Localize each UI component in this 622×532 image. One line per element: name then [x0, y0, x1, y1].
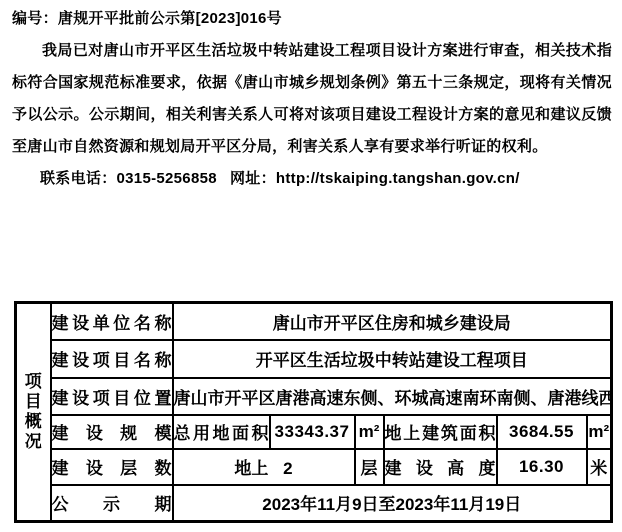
project-overview-table: 项目概况 建设单位名称 唐山市开平区住房和城乡建设局 建设项目名称 开平区生活垃…	[14, 301, 613, 523]
scale-label: 建设规模	[51, 415, 173, 449]
contact-phone-number: 0315-5256858	[117, 170, 217, 187]
floors-unit: 层	[355, 449, 384, 485]
above-ground-area-unit: m²	[587, 415, 612, 449]
notice-paragraph-line: 予以公示。公示期间，相关利害关系人可将对该项目建设工程设计方案的意见和建议反馈	[12, 99, 612, 131]
notice-ref-number: 编号：唐规开平批前公示第[2023]016号	[12, 3, 612, 35]
project-name-label: 建设项目名称	[51, 340, 173, 378]
website-label: 网址：	[230, 170, 276, 187]
contact-phone-label: 联系电话：	[40, 170, 117, 187]
unit-name-label: 建设单位名称	[51, 303, 173, 340]
contact-line: 联系电话：0315-5256858 网址：http://tskaiping.ta…	[12, 163, 612, 195]
above-ground-area-label: 地上建筑面积	[384, 415, 497, 449]
notice-document-page: 编号：唐规开平批前公示第[2023]016号 我局已对唐山市开平区生活垃圾中转站…	[0, 0, 622, 532]
location-value: 唐山市开平区唐港高速东侧、环城高速南环南侧、唐港线西侧	[173, 378, 612, 415]
height-unit: 米	[587, 449, 612, 485]
land-area-unit: m²	[355, 415, 384, 449]
land-area-label: 总用地面积	[173, 415, 270, 449]
side-header-project-overview: 项目概况	[24, 372, 42, 452]
above-ground-area-value: 3684.55	[497, 415, 587, 449]
table-side-header-cell: 项目概况	[16, 303, 51, 522]
notice-paragraph-line: 我局已对唐山市开平区生活垃圾中转站建设工程项目设计方案进行审查，相关技术指	[12, 35, 612, 67]
land-area-value: 33343.37	[270, 415, 355, 449]
notice-paragraph-line: 至唐山市自然资源和规划局开平区分局，利害关系人享有要求举行听证的权利。	[12, 131, 612, 163]
unit-name-value: 唐山市开平区住房和城乡建设局	[173, 303, 612, 340]
contact-phone-group: 联系电话：0315-5256858	[40, 163, 217, 195]
location-label: 建设项目位置	[51, 378, 173, 415]
project-name-value: 开平区生活垃圾中转站建设工程项目	[173, 340, 612, 378]
height-value: 16.30	[497, 449, 587, 485]
website-url: http://tskaiping.tangshan.gov.cn/	[276, 170, 520, 187]
floors-value: 地上 2	[173, 449, 355, 485]
publicity-period-value: 2023年11月9日至2023年11月19日	[173, 485, 612, 522]
website-group: 网址：http://tskaiping.tangshan.gov.cn/	[230, 163, 520, 195]
height-label: 建设高度	[384, 449, 497, 485]
notice-paragraph-line: 标符合国家规范标准要求，依据《唐山市城乡规划条例》第五十三条规定，现将有关情况	[12, 67, 612, 99]
floors-label: 建设层数	[51, 449, 173, 485]
notice-text-block: 编号：唐规开平批前公示第[2023]016号 我局已对唐山市开平区生活垃圾中转站…	[12, 3, 612, 195]
publicity-period-label: 公示期	[51, 485, 173, 522]
